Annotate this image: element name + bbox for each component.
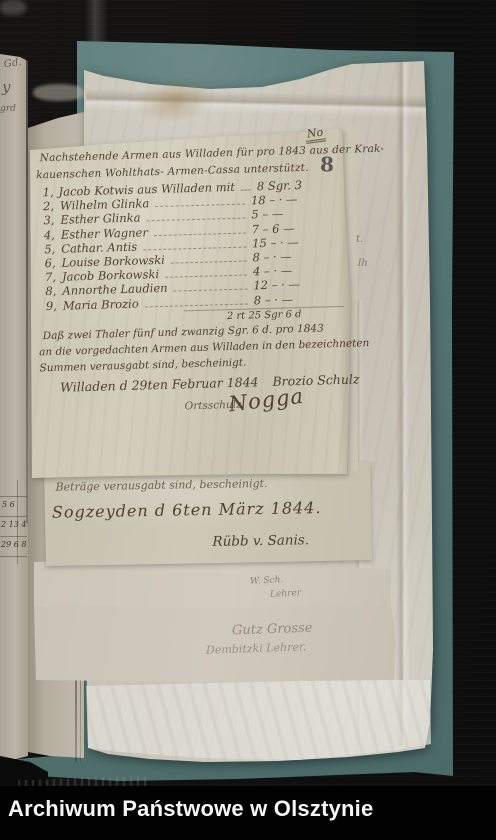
certification-line-3: Summen verausgabt sind, bescheinigt. [39,357,246,375]
entry-amount: 8 – · — [254,290,346,307]
entry-number: 1, [42,185,58,199]
entry-number: 6, [44,256,61,270]
entry-number: 9, [46,298,63,312]
entry-number: 2, [43,199,60,213]
archival-photo: 5 6 2 13 4 29 6 8 Gd. y grd h t. lh W. S… [0,0,496,840]
archive-name-label: Archiwum Państwowe w Olsztynie [8,796,373,822]
main-document-text: No 8 Nachstehende Armen aus Willaden für… [29,120,361,481]
dash-leader [147,218,246,222]
dash-leader [145,303,248,307]
dash-leader [143,246,246,250]
beneficiary-list: 1,Jacob Kotwis aus Willaden mit8 Sgr. 3 … [42,177,345,313]
entry-name: Maria Brozio [63,296,139,312]
archive-caption-bar: Archiwum Państwowe w Olsztynie [0,786,496,840]
dash-leader [154,232,246,236]
dash-leader [241,189,251,190]
entry-number: 7, [45,270,62,284]
registry-mark: No [304,125,326,144]
place-date-line: Willaden d 29ten Februar 1844Brozio Schu… [60,371,360,394]
entry-number: 8, [45,284,62,298]
dash-leader [171,260,247,263]
entry-number: 4, [44,227,61,241]
total-amount: 2 rt 25 Sgr 6 d [184,306,344,323]
entry-number: 5, [44,241,61,255]
dash-leader [155,204,245,208]
dash-leader [165,275,247,278]
entry-name: Annorthe Laudien [62,281,168,298]
dash-leader [174,289,248,292]
entry-number: 3, [43,213,60,227]
